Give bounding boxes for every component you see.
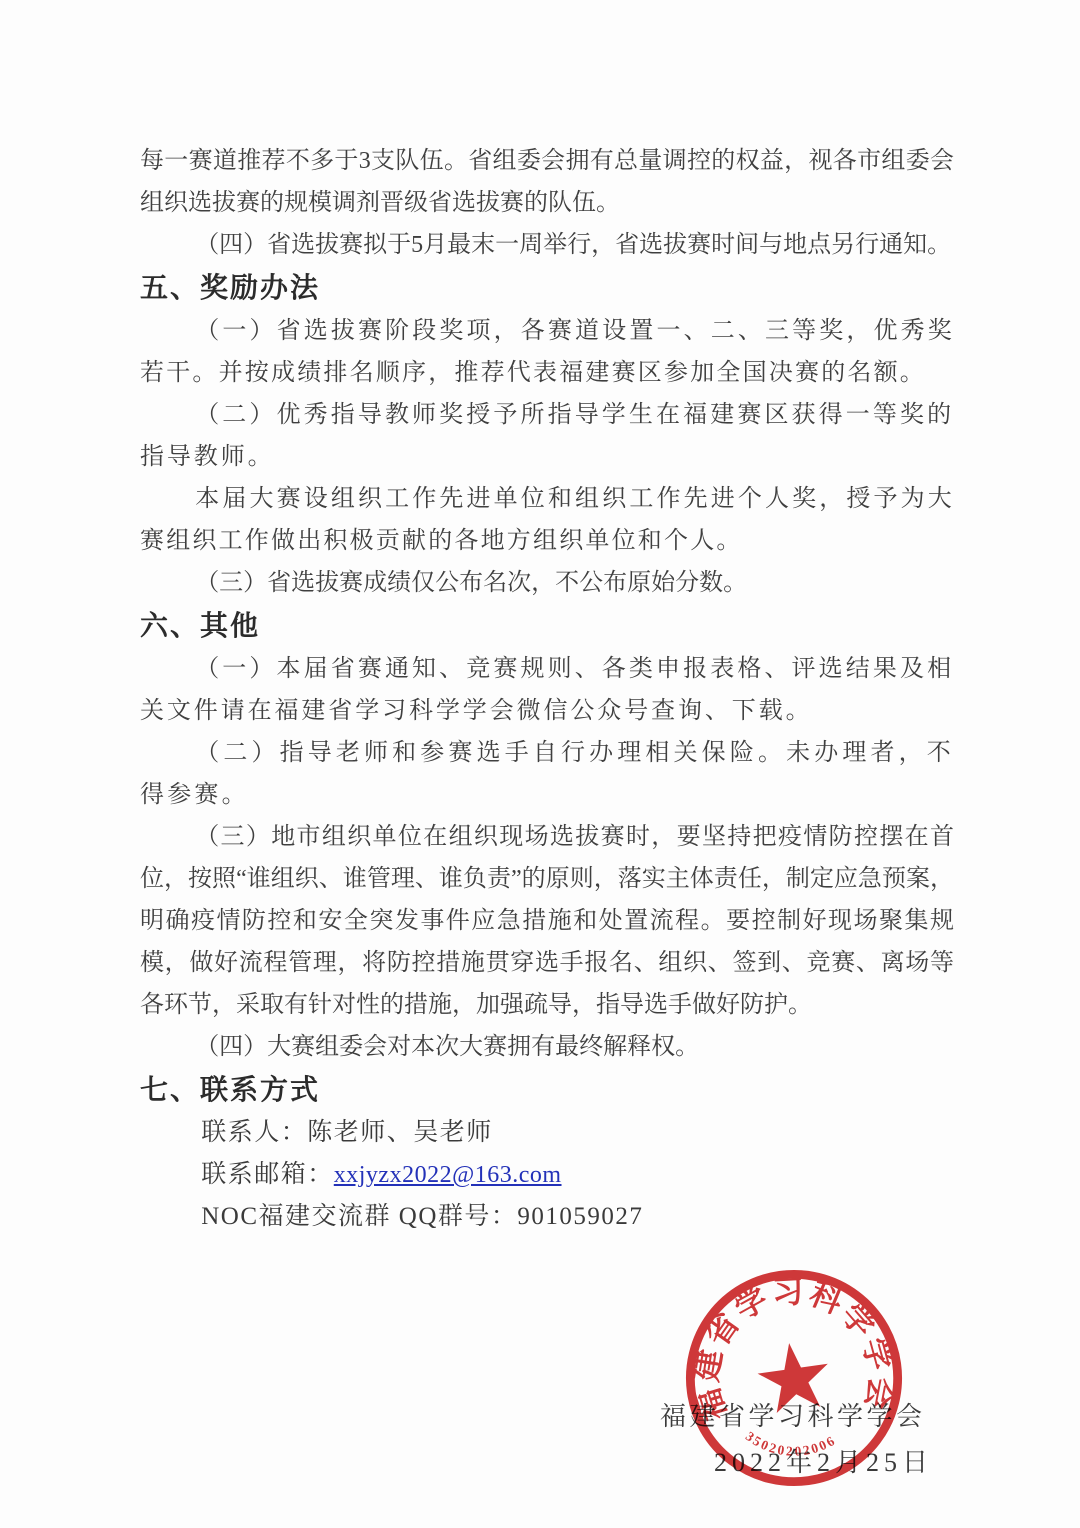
paragraph: （四）省选拔赛拟于5月最末一周举行，省选拔赛时间与地点另行通知。: [140, 224, 954, 266]
section-heading-6: 六、其他: [140, 604, 954, 648]
paragraph: （一）省选拔赛阶段奖项，各赛道设置一、二、三等奖，优秀奖若干。并按成绩排名顺序，…: [140, 310, 954, 394]
signature-date: 2022年2月25日: [714, 1442, 933, 1479]
contact-email-line: 联系邮箱：xxjyzx2022@163.com: [140, 1154, 954, 1196]
paragraph: （二）指导老师和参赛选手自行办理相关保险。未办理者，不得参赛。: [140, 732, 954, 816]
paragraph: （二）优秀指导教师奖授予所指导学生在福建赛区获得一等奖的指导教师。: [140, 394, 954, 478]
email-link[interactable]: xxjyzx2022@163.com: [334, 1162, 562, 1188]
paragraph: （四）大赛组委会对本次大赛拥有最终解释权。: [140, 1026, 954, 1068]
document-page: 每一赛道推荐不多于3支队伍。省组委会拥有总量调控的权益，视各市组委会组织选拔赛的…: [0, 0, 1080, 1528]
paragraph: （一）本届省赛通知、竞赛规则、各类申报表格、评选结果及相关文件请在福建省学习科学…: [140, 648, 954, 732]
contact-person-line: 联系人：陈老师、吴老师: [140, 1112, 954, 1154]
paragraph: （三）省选拔赛成绩仅公布名次，不公布原始分数。: [140, 562, 954, 604]
paragraph: 每一赛道推荐不多于3支队伍。省组委会拥有总量调控的权益，视各市组委会组织选拔赛的…: [140, 140, 954, 224]
paragraph: （三）地市组织单位在组织现场选拔赛时，要坚持把疫情防控摆在首位，按照“谁组织、谁…: [140, 816, 954, 1026]
contact-qq-line: NOC福建交流群 QQ群号：901059027: [140, 1196, 954, 1238]
signature-org: 福建省学习科学学会: [660, 1396, 926, 1433]
document-body: 每一赛道推荐不多于3支队伍。省组委会拥有总量调控的权益，视各市组委会组织选拔赛的…: [140, 140, 954, 1238]
section-heading-7: 七、联系方式: [140, 1068, 954, 1112]
section-heading-5: 五、奖励办法: [140, 266, 954, 310]
paragraph: 本届大赛设组织工作先进单位和组织工作先进个人奖，授予为大赛组织工作做出积极贡献的…: [140, 478, 954, 562]
contact-email-label: 联系邮箱：: [201, 1161, 334, 1188]
